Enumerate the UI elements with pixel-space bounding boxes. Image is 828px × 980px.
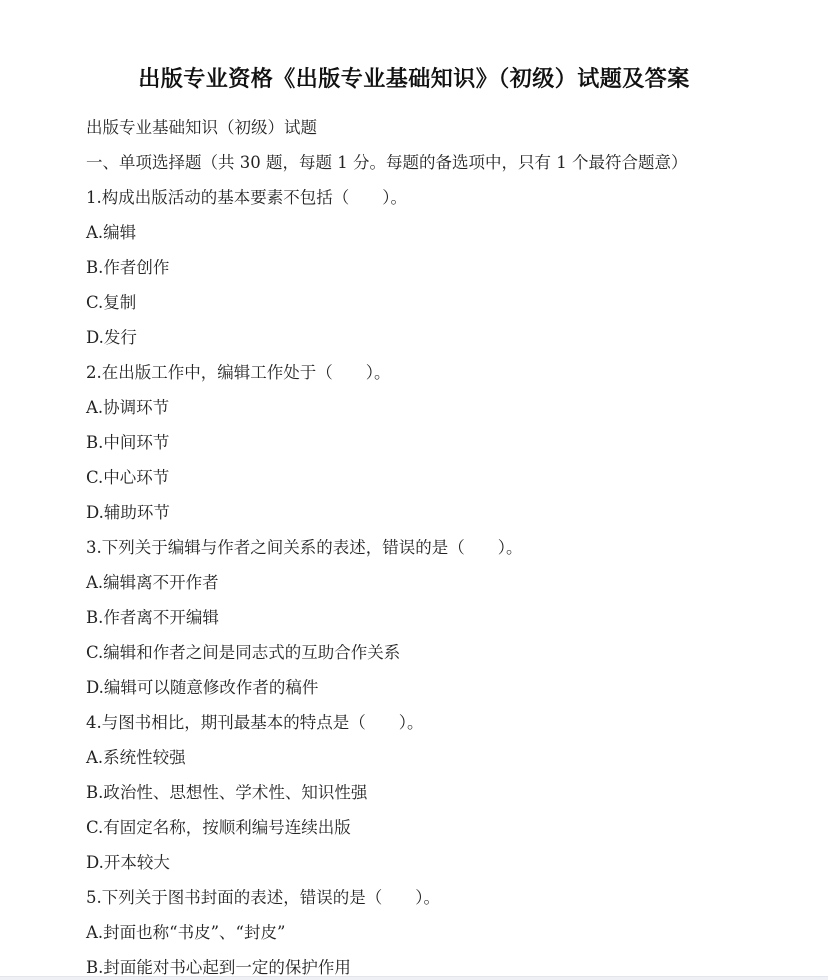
question-stem: 5.下列关于图书封面的表述，错误的是（ ）。 <box>86 880 786 915</box>
document-page: 出版专业资格《出版专业基础知识》（初级）试题及答案 出版专业基础知识（初级）试题… <box>0 0 828 976</box>
document-title: 出版专业资格《出版专业基础知识》（初级）试题及答案 <box>0 62 828 98</box>
question-option: D.辅助环节 <box>86 495 786 530</box>
question-option: C.复制 <box>86 285 786 320</box>
viewer-bottom-edge <box>0 976 828 980</box>
question-option: B.作者创作 <box>86 250 786 285</box>
question-stem: 2.在出版工作中，编辑工作处于（ ）。 <box>86 355 786 390</box>
question-option: A.协调环节 <box>86 390 786 425</box>
question-option: D.编辑可以随意修改作者的稿件 <box>86 670 786 705</box>
document-subtitle: 出版专业基础知识（初级）试题 <box>86 110 786 145</box>
question-option: C.有固定名称，按顺利编号连续出版 <box>86 810 786 845</box>
question-option: D.发行 <box>86 320 786 355</box>
question-stem: 4.与图书相比，期刊最基本的特点是（ ）。 <box>86 705 786 740</box>
question-option: C.编辑和作者之间是同志式的互助合作关系 <box>86 635 786 670</box>
question-stem: 1.构成出版活动的基本要素不包括（ ）。 <box>86 180 786 215</box>
question-option: B.作者离不开编辑 <box>86 600 786 635</box>
question-option: A.编辑离不开作者 <box>86 565 786 600</box>
question-option: C.中心环节 <box>86 460 786 495</box>
question-option: B.中间环节 <box>86 425 786 460</box>
section-heading: 一、单项选择题（共 30 题，每题 1 分。每题的备选项中，只有 1 个最符合题… <box>86 145 786 180</box>
document-body: 出版专业基础知识（初级）试题 一、单项选择题（共 30 题，每题 1 分。每题的… <box>86 110 786 980</box>
question-option: A.系统性较强 <box>86 740 786 775</box>
question-stem: 3.下列关于编辑与作者之间关系的表述，错误的是（ ）。 <box>86 530 786 565</box>
question-option: B.政治性、思想性、学术性、知识性强 <box>86 775 786 810</box>
question-option: D.开本较大 <box>86 845 786 880</box>
question-option: A.编辑 <box>86 215 786 250</box>
question-option: A.封面也称“书皮”、“封皮” <box>86 915 786 950</box>
